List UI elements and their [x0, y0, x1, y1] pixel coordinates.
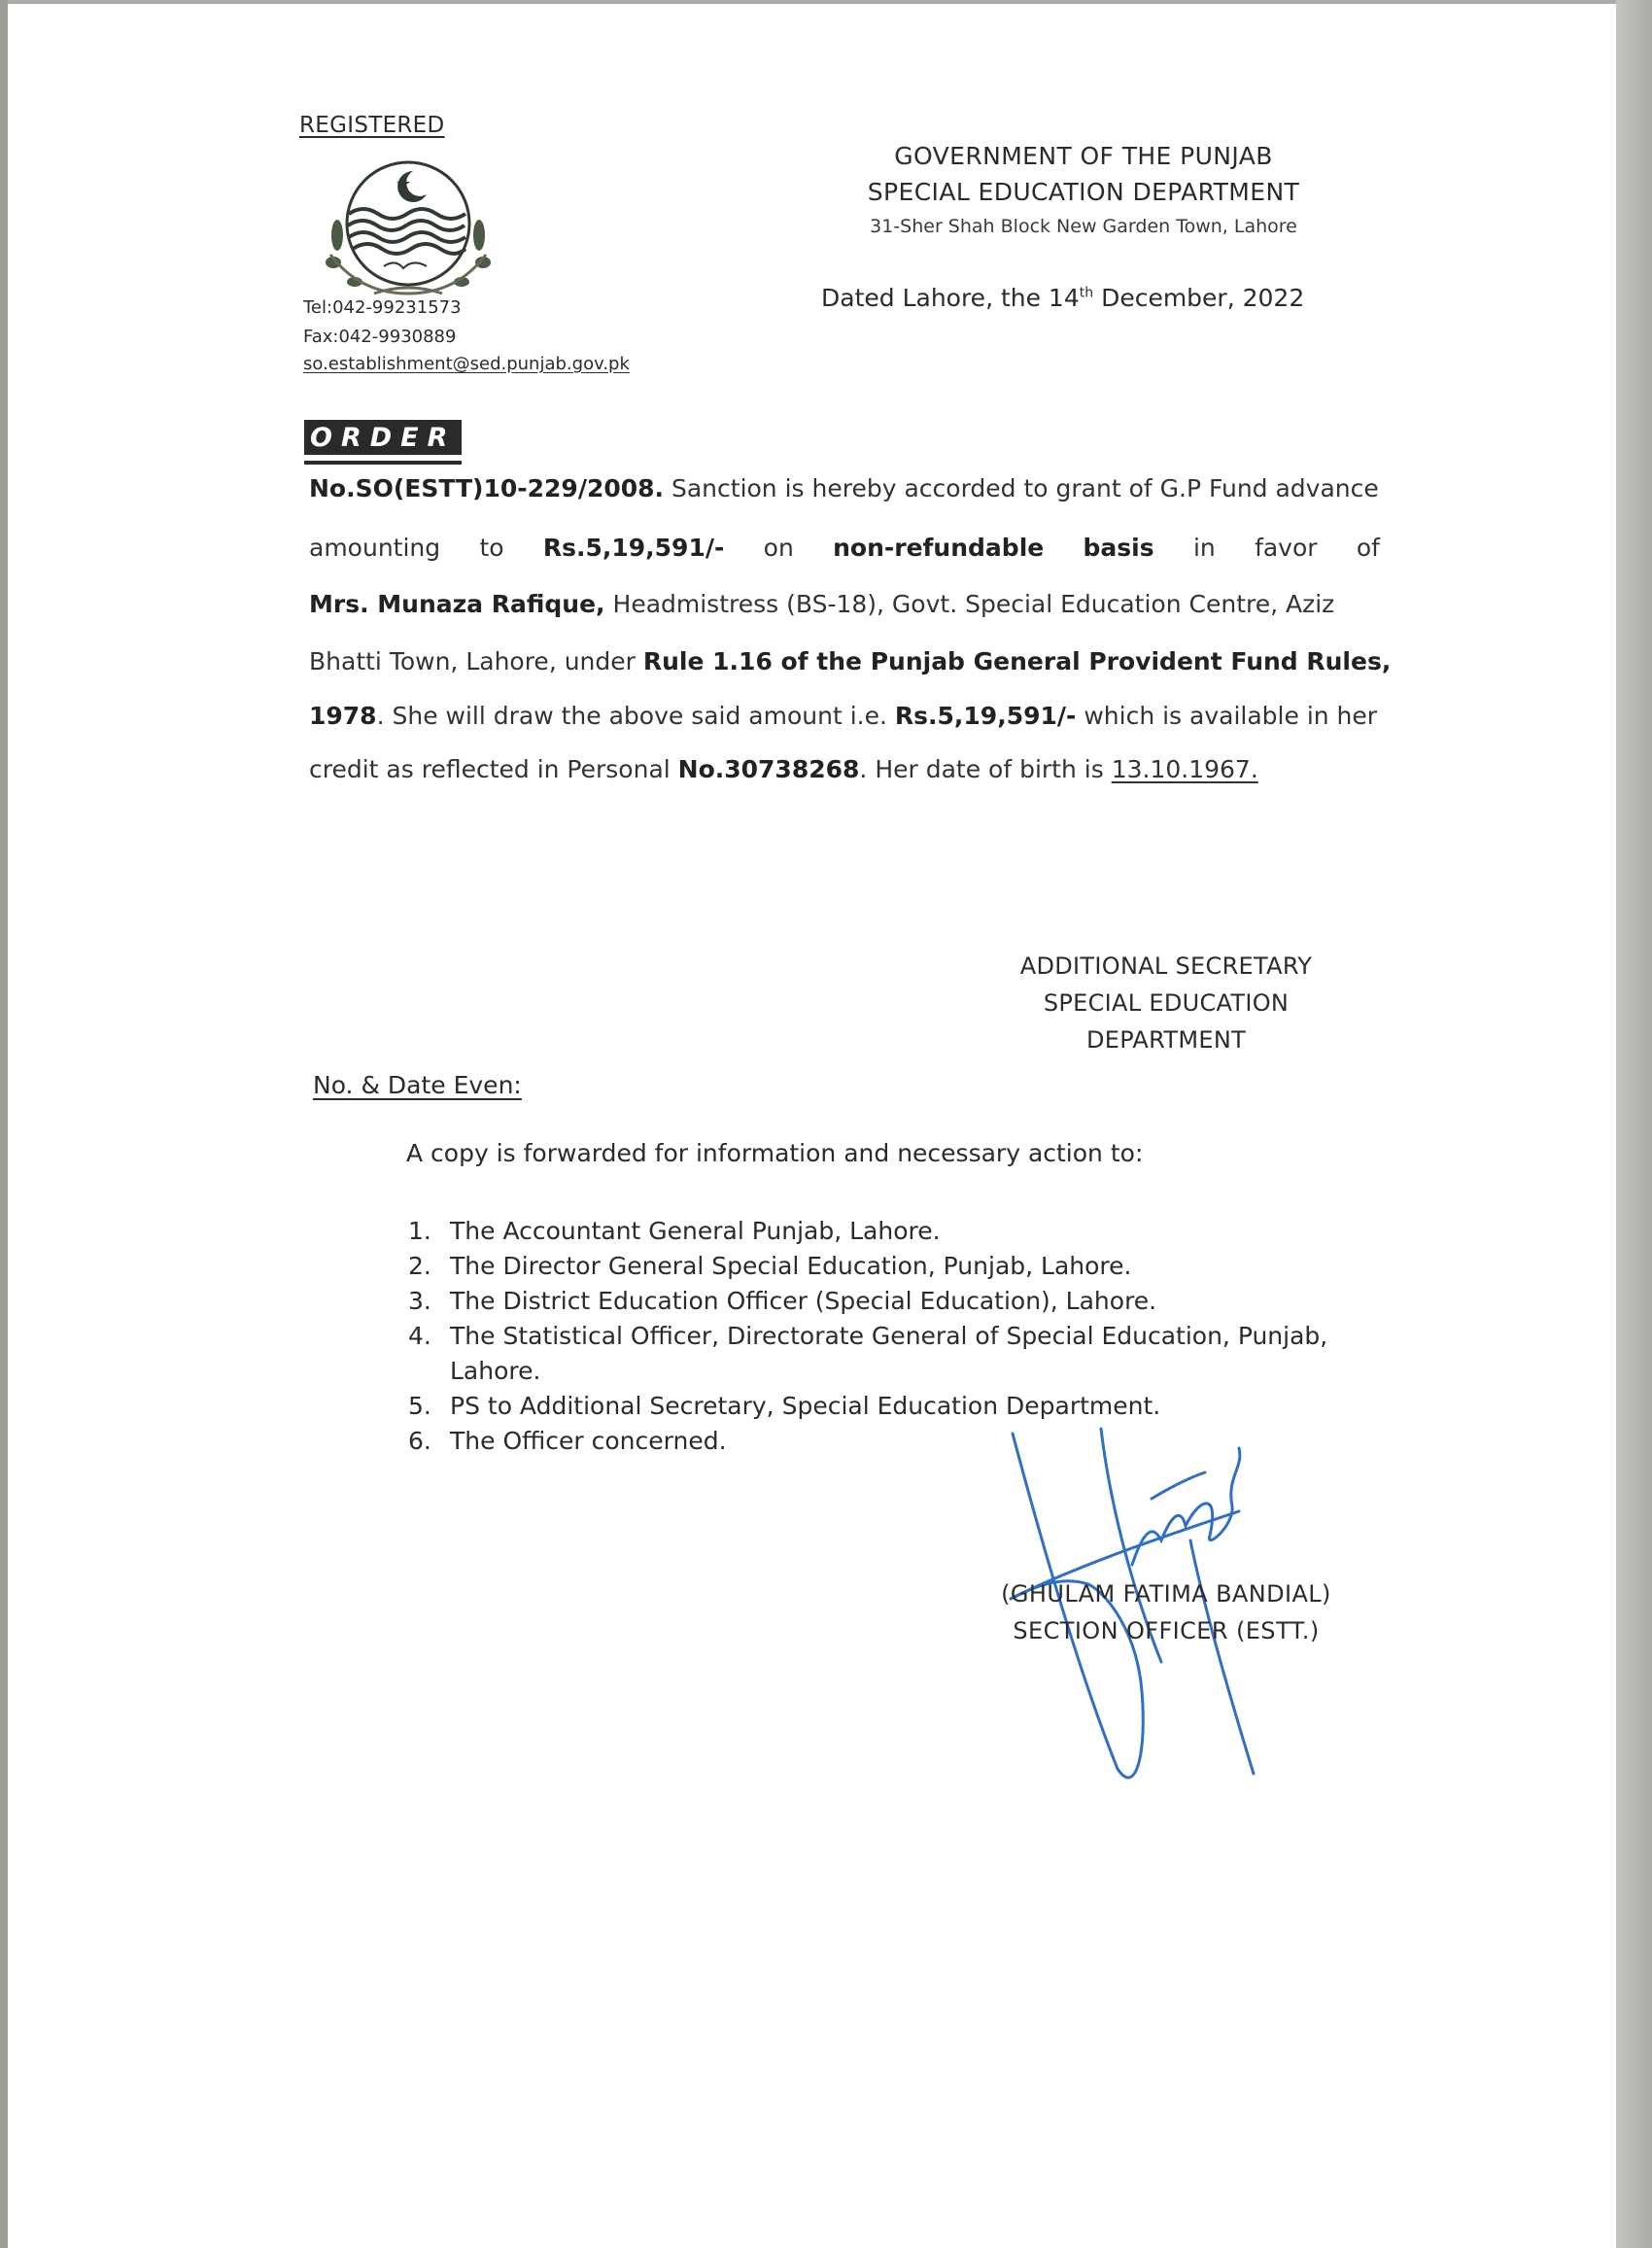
list-item-number: 4. — [408, 1322, 431, 1350]
order-word: favor — [1255, 534, 1318, 562]
order-line-6: credit as reflected in Personal No.30738… — [309, 755, 1380, 783]
email-link[interactable]: so.establishment@sed.punjab.gov.pk — [303, 354, 630, 374]
list-item-number: 5. — [408, 1392, 431, 1420]
registered-label: REGISTERED — [299, 113, 445, 138]
order-word: amounting — [309, 534, 440, 562]
signatory-name: (GHULAM FATIMA BANDIAL) — [972, 1580, 1360, 1608]
dept-title: SPECIAL EDUCATION DEPARTMENT — [777, 178, 1390, 206]
scan-edge-right — [1616, 0, 1652, 2248]
signature-icon — [972, 1419, 1292, 1798]
list-item-number: 3. — [408, 1287, 431, 1315]
punjab-emblem-icon — [316, 157, 500, 303]
order-line-2: amountingtoRs.5,19,591/-onnon-refundable… — [309, 534, 1380, 562]
scan-edge-top — [0, 0, 1652, 4]
order-line-4: Bhatti Town, Lahore, under Rule 1.16 of … — [309, 647, 1380, 675]
dept-address: 31-Sher Shah Block New Garden Town, Laho… — [777, 216, 1390, 237]
order-heading: ORDER — [304, 420, 462, 461]
list-item: The District Education Officer (Special … — [450, 1287, 1156, 1315]
signoff-line-2: SPECIAL EDUCATION — [972, 989, 1360, 1017]
list-item: PS to Additional Secretary, Special Educ… — [450, 1392, 1160, 1420]
order-word: non-refundable — [833, 534, 1044, 562]
order-line-5: 1978. She will draw the above said amoun… — [309, 702, 1380, 730]
order-word: Rs.5,19,591/- — [543, 534, 725, 562]
order-line-3: Mrs. Munaza Rafique, Headmistress (BS-18… — [309, 590, 1380, 618]
signatory-designation: SECTION OFFICER (ESTT.) — [972, 1617, 1360, 1644]
gov-title: GOVERNMENT OF THE PUNJAB — [777, 142, 1390, 170]
telephone: Tel:042-99231573 — [303, 297, 462, 318]
list-item: The Officer concerned. — [450, 1427, 727, 1455]
signoff-line-3: DEPARTMENT — [972, 1026, 1360, 1054]
order-line-1: No.SO(ESTT)10-229/2008. Sanction is here… — [309, 474, 1380, 502]
endorsement-heading: No. & Date Even: — [313, 1071, 522, 1099]
order-word: to — [479, 534, 503, 562]
dated-line: Dated Lahore, the 14th December, 2022 — [821, 284, 1304, 312]
order-word: of — [1357, 534, 1380, 562]
list-item-number: 1. — [408, 1217, 431, 1245]
scan-edge-left — [0, 0, 8, 2248]
signoff-line-1: ADDITIONAL SECRETARY — [972, 952, 1360, 980]
list-item: The Director General Special Education, … — [450, 1252, 1131, 1280]
endorsement-intro: A copy is forwarded for information and … — [406, 1139, 1143, 1167]
list-item-number: 2. — [408, 1252, 431, 1280]
list-item-number: 6. — [408, 1427, 431, 1455]
fax: Fax:042-9930889 — [303, 327, 456, 347]
order-word: on — [764, 534, 794, 562]
list-item: The Accountant General Punjab, Lahore. — [450, 1217, 941, 1245]
order-word: in — [1193, 534, 1216, 562]
list-item-continuation: Lahore. — [450, 1357, 540, 1385]
order-word: basis — [1084, 534, 1154, 562]
list-item: The Statistical Officer, Directorate Gen… — [450, 1322, 1327, 1350]
